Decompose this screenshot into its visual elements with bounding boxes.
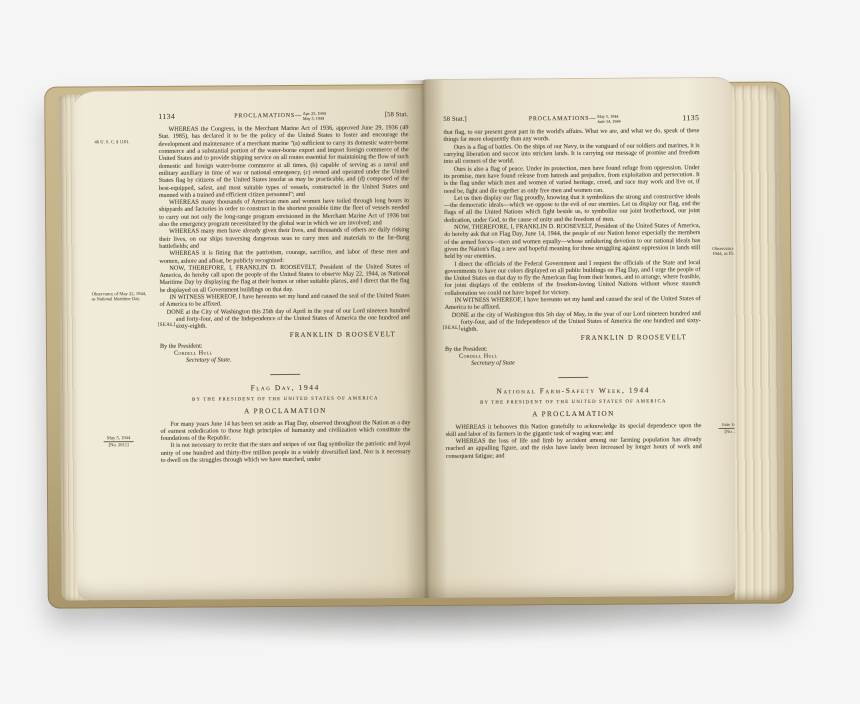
left-running-head: 1134 PROCLAMATIONS— Apr. 25, 1944 May 5,… — [158, 111, 408, 122]
section-divider — [270, 374, 300, 375]
section-title: Flag Day, 1944 — [160, 383, 410, 392]
paragraph: For many years June 14 has been set asid… — [160, 419, 410, 443]
running-head-dates: Apr. 25, 1944 May 5, 1944 — [303, 112, 326, 121]
attestation-title: Secretary of State — [445, 358, 701, 367]
running-head-label: PROCLAMATIONS— — [529, 116, 597, 124]
margin-note-maritime-day: Observance of May 22, 1944, as National … — [92, 291, 150, 302]
seal-label: [SEAL] — [443, 324, 461, 331]
left-stat-citation: [58 Stat. — [385, 111, 409, 118]
open-book: 1134 PROCLAMATIONS— Apr. 25, 1944 May 5,… — [0, 0, 860, 704]
running-head-date-bottom: June 14, 1944 — [597, 119, 620, 124]
paragraph: I direct the officials of the Federal Go… — [444, 259, 700, 297]
left-page-body: WHEREAS the Congress, in the Merchant Ma… — [158, 124, 410, 464]
right-page-number: 1135 — [682, 114, 699, 121]
right-page-body: that flag, to our present great part in … — [443, 127, 701, 460]
margin-note-proclamation-number: May 5, 1944 [No. 2611] — [93, 435, 145, 448]
done-clause: [SEAL]DONE at the city of Washington thi… — [461, 310, 701, 334]
attestation-title: Secretary of State. — [160, 356, 410, 365]
proclamation-heading: A PROCLAMATION — [445, 410, 701, 419]
section-title: National Farm-Safety Week, 1944 — [445, 386, 701, 395]
left-page-text-column: 1134 PROCLAMATIONS— Apr. 25, 1944 May 5,… — [158, 111, 410, 464]
right-page: 58 Stat.] PROCLAMATIONS— May 5, 1944 Jun… — [423, 77, 736, 598]
paragraph: Ours is a flag of battles. On the ships … — [444, 142, 700, 166]
paragraph: Ours is also a flag of peace. Under its … — [444, 164, 700, 195]
margin-note-date: June 14, 1944 — [719, 422, 736, 429]
right-page-edges — [731, 86, 785, 600]
right-running-head: 58 Stat.] PROCLAMATIONS— May 5, 1944 Jun… — [443, 114, 699, 125]
paragraph: It is not necessary to recite that the s… — [161, 441, 411, 465]
left-running-title: PROCLAMATIONS— Apr. 25, 1944 May 5, 1944 — [234, 112, 326, 122]
margin-note-proclamation-number: June 14, 1944 [No. 2616] — [709, 422, 735, 435]
running-head-date-bottom: May 5, 1944 — [303, 116, 326, 121]
seal-label: [SEAL] — [158, 321, 176, 328]
paragraph: NOW, THEREFORE, I, FRANKLIN D. ROOSEVELT… — [159, 263, 409, 294]
section-subtitle: BY THE PRESIDENT OF THE UNITED STATES OF… — [160, 395, 410, 404]
margin-note-usc-citation: 46 U. S. C. § 1101. — [95, 139, 147, 145]
margin-note-date: May 5, 1944 — [104, 435, 133, 442]
section-subtitle: BY THE PRESIDENT OF THE UNITED STATES OF… — [445, 398, 701, 407]
proclamation-heading: A PROCLAMATION — [160, 407, 410, 416]
paragraph: WHEREAS the Congress, in the Merchant Ma… — [158, 124, 409, 199]
signature: FRANKLIN D ROOSEVELT — [445, 334, 701, 343]
left-page-number: 1134 — [158, 113, 175, 120]
right-page-text-column: 58 Stat.] PROCLAMATIONS— May 5, 1944 Jun… — [443, 114, 701, 460]
paragraph: Let us then display our flag proudly, kn… — [444, 193, 700, 224]
signature: FRANKLIN D ROOSEVELT — [160, 331, 410, 340]
paragraph: NOW, THEREFORE, I, FRANKLIN D. ROOSEVELT… — [444, 222, 700, 260]
paragraph: WHEREAS many men have already given thei… — [159, 226, 409, 250]
done-clause: [SEAL]DONE at the City of Washington thi… — [176, 307, 410, 331]
margin-note-number: [No. 2616] — [724, 429, 735, 434]
left-page: 1134 PROCLAMATIONS— Apr. 25, 1944 May 5,… — [74, 88, 427, 600]
paragraph: WHEREAS the loss of life and limb by acc… — [446, 436, 702, 460]
margin-note-number: [No. 2611] — [109, 442, 129, 447]
running-head-dates: May 5, 1944 June 14, 1944 — [597, 115, 620, 124]
section-divider — [558, 377, 588, 378]
margin-note-flag-day: Observance of June 14, 1944, as Flag Day… — [710, 246, 735, 257]
right-running-title: PROCLAMATIONS— May 5, 1944 June 14, 1944 — [529, 115, 621, 125]
paragraph: WHEREAS many thousands of American men a… — [159, 197, 409, 228]
right-stat-citation: 58 Stat.] — [443, 116, 467, 123]
running-head-label: PROCLAMATIONS— — [234, 113, 302, 121]
photo-of-open-book: 1134 PROCLAMATIONS— Apr. 25, 1944 May 5,… — [0, 0, 860, 704]
